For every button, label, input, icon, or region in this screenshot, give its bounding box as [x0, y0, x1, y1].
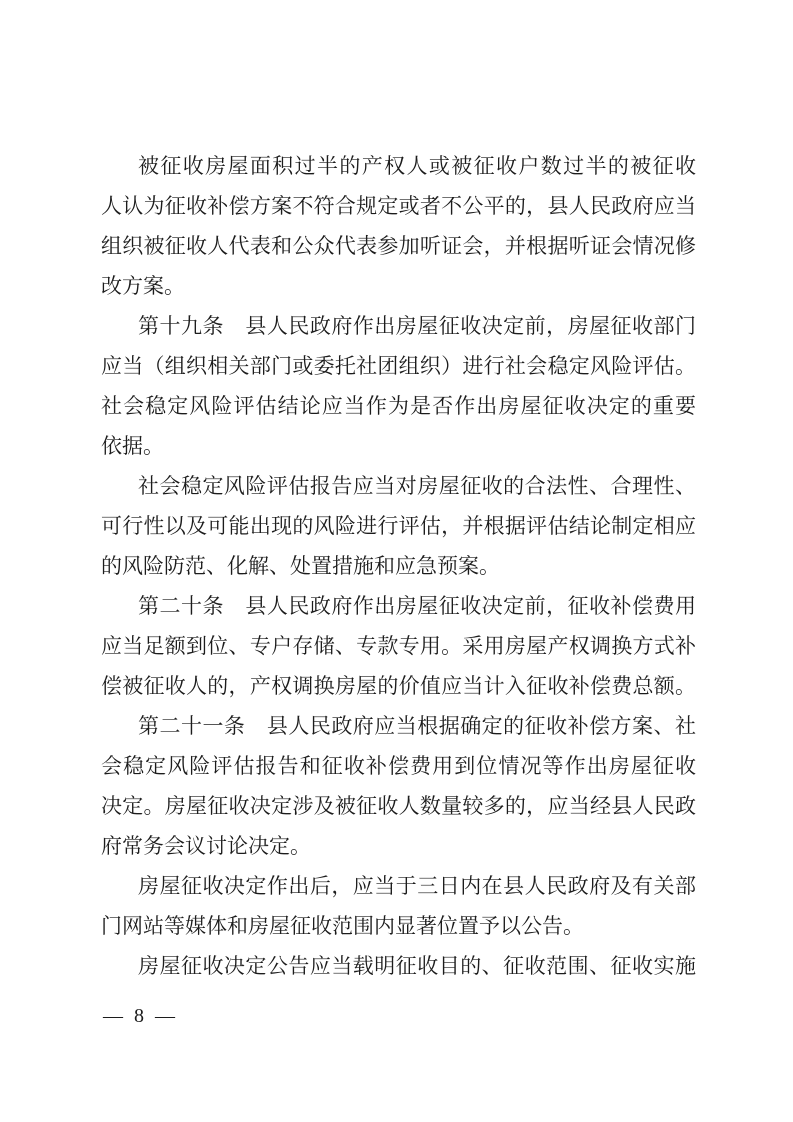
paragraph-article-20: 第二十条 县人民政府作出房屋征收决定前，征收补偿费用 应当足额到位、专户存储、专… — [101, 586, 696, 706]
page-number: — 8 — — [103, 1005, 178, 1027]
paragraph: 房屋征收决定公告应当载明征收目的、征收范围、征收实施 — [101, 946, 696, 986]
paragraph: 社会稳定风险评估报告应当对房屋征收的合法性、合理性、 可行性以及可能出现的风险进… — [101, 466, 696, 586]
text-line: 社会稳定风险评估报告应当对房屋征收的合法性、合理性、 — [101, 466, 696, 506]
text-line: 门网站等媒体和房屋征收范围内显著位置予以公告。 — [101, 906, 696, 946]
text-line: 第二十条 县人民政府作出房屋征收决定前，征收补偿费用 — [101, 586, 696, 626]
text-line: 第二十一条 县人民政府应当根据确定的征收补偿方案、社 — [101, 706, 696, 746]
text-line: 人认为征收补偿方案不符合规定或者不公平的，县人民政府应当 — [101, 186, 696, 226]
text-line: 应当（组织相关部门或委托社团组织）进行社会稳定风险评估。 — [101, 346, 696, 386]
text-line: 府常务会议讨论决定。 — [101, 826, 696, 866]
page-footer: — 8 — — [103, 1001, 178, 1031]
text-line: 房屋征收决定作出后，应当于三日内在县人民政府及有关部 — [101, 866, 696, 906]
document-body: 被征收房屋面积过半的产权人或被征收户数过半的被征收 人认为征收补偿方案不符合规定… — [101, 146, 696, 986]
paragraph-article-21: 第二十一条 县人民政府应当根据确定的征收补偿方案、社 会稳定风险评估报告和征收补… — [101, 706, 696, 866]
text-line: 会稳定风险评估报告和征收补偿费用到位情况等作出房屋征收 — [101, 746, 696, 786]
paragraph-article-19: 第十九条 县人民政府作出房屋征收决定前，房屋征收部门 应当（组织相关部门或委托社… — [101, 306, 696, 466]
text-line: 应当足额到位、专户存储、专款专用。采用房屋产权调换方式补 — [101, 626, 696, 666]
text-line: 组织被征收人代表和公众代表参加听证会，并根据听证会情况修 — [101, 226, 696, 266]
paragraph: 被征收房屋面积过半的产权人或被征收户数过半的被征收 人认为征收补偿方案不符合规定… — [101, 146, 696, 306]
text-line: 社会稳定风险评估结论应当作为是否作出房屋征收决定的重要 — [101, 386, 696, 426]
text-line: 房屋征收决定公告应当载明征收目的、征收范围、征收实施 — [101, 946, 696, 986]
text-line: 改方案。 — [101, 266, 696, 306]
text-line: 第十九条 县人民政府作出房屋征收决定前，房屋征收部门 — [101, 306, 696, 346]
text-line: 可行性以及可能出现的风险进行评估，并根据评估结论制定相应 — [101, 506, 696, 546]
paragraph: 房屋征收决定作出后，应当于三日内在县人民政府及有关部 门网站等媒体和房屋征收范围… — [101, 866, 696, 946]
document-page: 被征收房屋面积过半的产权人或被征收户数过半的被征收 人认为征收补偿方案不符合规定… — [0, 0, 793, 1122]
text-line: 依据。 — [101, 426, 696, 466]
text-line: 的风险防范、化解、处置措施和应急预案。 — [101, 546, 696, 586]
text-line: 决定。房屋征收决定涉及被征收人数量较多的，应当经县人民政 — [101, 786, 696, 826]
text-line: 被征收房屋面积过半的产权人或被征收户数过半的被征收 — [101, 146, 696, 186]
text-line: 偿被征收人的，产权调换房屋的价值应当计入征收补偿费总额。 — [101, 666, 696, 706]
